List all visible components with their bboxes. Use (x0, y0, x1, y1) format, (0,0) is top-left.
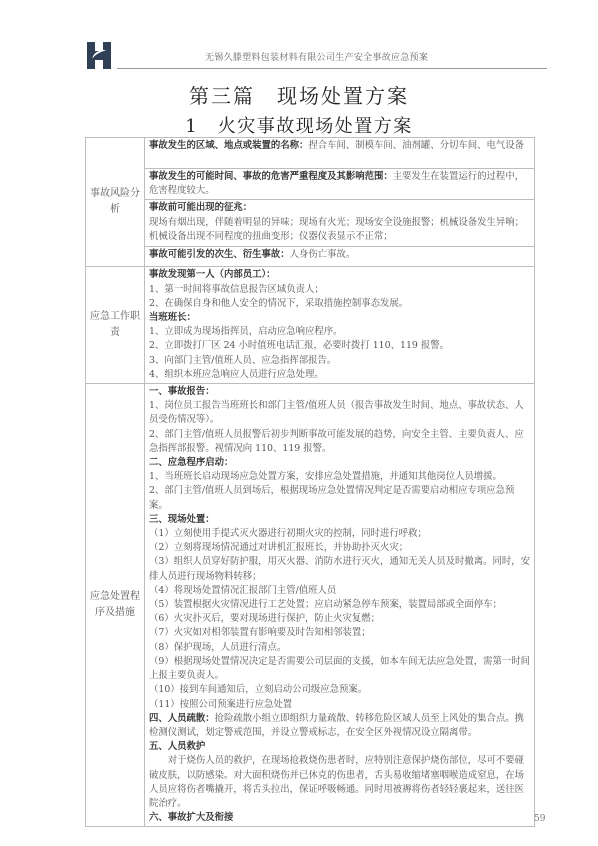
procedure-item: 1、当班班长启动现场应急处置方案，安排应急处置措施，并通知其他岗位人员增援。 (149, 470, 530, 484)
duty-item: 1、第一时间将事故信息报告区域负责人； (149, 283, 530, 297)
procedure-heading: 三、现场处置： (149, 513, 530, 527)
procedure-item: （5）装置根据火灾情况进行工艺处置；应启动紧急停车预案，装置局部或全面停车； (149, 598, 530, 612)
cell-text: 捏合车间、制模车间、油剂罐、分切车间、电气设备 (308, 140, 524, 151)
procedures-cell: 一、事故报告： 1、岗位员工报告当班班长和部门主管/值班人员（报告事故发生时间、… (145, 384, 535, 827)
duties-cell: 事故发现第一人（内部员工）： 1、第一时间将事故信息报告区域负责人； 2、在确保… (145, 267, 535, 384)
procedure-heading: 四、人员疏散： (149, 713, 215, 724)
procedure-evacuation: 四、人员疏散：抢险疏散小组立即组织力量疏散、转移危险区域人员至上风处的集合点。携… (149, 712, 530, 740)
table-row-risk-analysis: 事故风险分析 事故发生的区域、地点或装置的名称：捏合车间、制模车间、油剂罐、分切… (86, 138, 535, 169)
procedure-item: 1、岗位员工报告当班班长和部门主管/值班人员（报告事故发生时间、地点、事故状态、… (149, 399, 530, 427)
procedure-item: （8）保护现场，人员进行清点。 (149, 641, 530, 655)
procedure-item: （7）火灾如对相邻装置有影响要及时告知相邻装置； (149, 626, 530, 640)
cell-heading: 事故前可能出现的征兆： (149, 201, 530, 215)
document-header-title: 无锡久滕塑料包装材料有限公司生产安全事故应急预案 (205, 50, 428, 63)
risk-cell-location: 事故发生的区域、地点或装置的名称：捏合车间、制模车间、油剂罐、分切车间、电气设备 (145, 138, 535, 169)
procedure-heading: 五、人员救护 (149, 740, 530, 754)
table-row-procedures: 应急处置程序及措施 一、事故报告： 1、岗位员工报告当班班长和部门主管/值班人员… (86, 384, 535, 827)
procedure-item: （10）接到车间通知后，立刻启动公司级应急预案。 (149, 683, 530, 697)
procedure-item: 2、部门主管/值班人员报警后初步判断事故可能发展的趋势，向安全主管、主要负责人、… (149, 428, 530, 456)
part-title: 第三篇 现场处置方案 (0, 80, 598, 109)
risk-cell-secondary: 事故可能引发的次生、衍生事故：人身伤亡事故。 (145, 247, 535, 267)
procedure-item: （9）根据现场处置情况决定是否需要公司层面的支援，如本车间无法应急处置，需第一时… (149, 655, 530, 683)
table-subrow: 事故可能引发的次生、衍生事故：人身伤亡事故。 (86, 247, 535, 267)
cell-heading: 事故发生的区域、地点或装置的名称： (149, 140, 308, 151)
procedure-heading: 二、应急程序启动： (149, 456, 530, 470)
duty-heading: 事故发现第一人（内部员工）： (149, 268, 530, 282)
row-label: 应急工作职责 (86, 267, 145, 384)
cell-text: 人身伤亡事故。 (290, 249, 356, 260)
cell-heading: 事故可能引发的次生、衍生事故： (149, 249, 290, 260)
procedure-heading: 六、事故扩大及衔接 (149, 811, 530, 825)
procedure-heading: 一、事故报告： (149, 385, 530, 399)
procedure-item: （1）立刻使用手提式灭火器进行初期火灾的控制，同时进行呼救； (149, 527, 530, 541)
page-number: 59 (534, 814, 545, 824)
disposal-plan-table: 事故风险分析 事故发生的区域、地点或装置的名称：捏合车间、制模车间、油剂罐、分切… (85, 137, 535, 827)
procedure-item: 2、部门主管/值班人员到场后，根据现场应急处置情况判定是否需要启动相应专项应急预… (149, 484, 530, 512)
section-title: 1 火灾事故现场处置方案 (0, 112, 598, 138)
procedure-item: （6）火灾扑灭后，要对现场进行保护，防止火灾复燃； (149, 612, 530, 626)
cell-text: 现场有烟出现，伴随着明显的异味；现场有火光；现场安全设施报警；机械设备发生异响；… (149, 217, 524, 242)
table-subrow: 事故前可能出现的征兆：现场有烟出现，伴随着明显的异味；现场有火光；现场安全设施报… (86, 200, 535, 247)
procedure-item: （2）立刻将现场情况通过对讲机汇报班长，并协助扑灭火灾； (149, 541, 530, 555)
duty-item: 2、立即拨打厂区 24 小时值班电话汇报，必要时拨打 110、119 报警。 (149, 339, 530, 353)
risk-cell-time-severity: 事故发生的可能时间、事故的危害严重程度及其影响范围：主要发生在装置运行的过程中，… (145, 169, 535, 200)
company-logo-icon (87, 42, 111, 69)
procedure-item: （3）组织人员穿好防护服，用灭火器、消防水进行灭火，通知无关人员及时撤离。同时，… (149, 555, 530, 583)
table-row-duties: 应急工作职责 事故发现第一人（内部员工）： 1、第一时间将事故信息报告区域负责人… (86, 267, 535, 384)
procedure-item: （4）将现场处置情况汇报部门主管/值班人员 (149, 584, 530, 598)
risk-cell-precursors: 事故前可能出现的征兆：现场有烟出现，伴随着明显的异味；现场有火光；现场安全设施报… (145, 200, 535, 247)
duty-item: 4、组织本班应急响应人员进行应急处理。 (149, 368, 530, 382)
duty-item: 3、向部门主管/值班人员、应急指挥部报告。 (149, 354, 530, 368)
procedure-item: （11）按照公司预案进行应急处置 (149, 698, 530, 712)
row-label: 事故风险分析 (86, 138, 145, 267)
procedure-item: 对于烧伤人员的救护，在现场抢救烧伤患者时，应特别注意保护烧伤部位，尽可不要碰破皮… (149, 754, 530, 811)
table-subrow: 事故发生的可能时间、事故的危害严重程度及其影响范围：主要发生在装置运行的过程中，… (86, 169, 535, 200)
row-label: 应急处置程序及措施 (86, 384, 145, 827)
duty-item: 2、在确保自身和他人安全的情况下，采取措施控制事态发展。 (149, 297, 530, 311)
header-divider (117, 68, 547, 69)
cell-heading: 事故发生的可能时间、事故的危害严重程度及其影响范围： (149, 171, 393, 182)
duty-item: 1、立即成为现场指挥员，启动应急响应程序。 (149, 325, 530, 339)
duty-heading: 当班班长： (149, 311, 530, 325)
